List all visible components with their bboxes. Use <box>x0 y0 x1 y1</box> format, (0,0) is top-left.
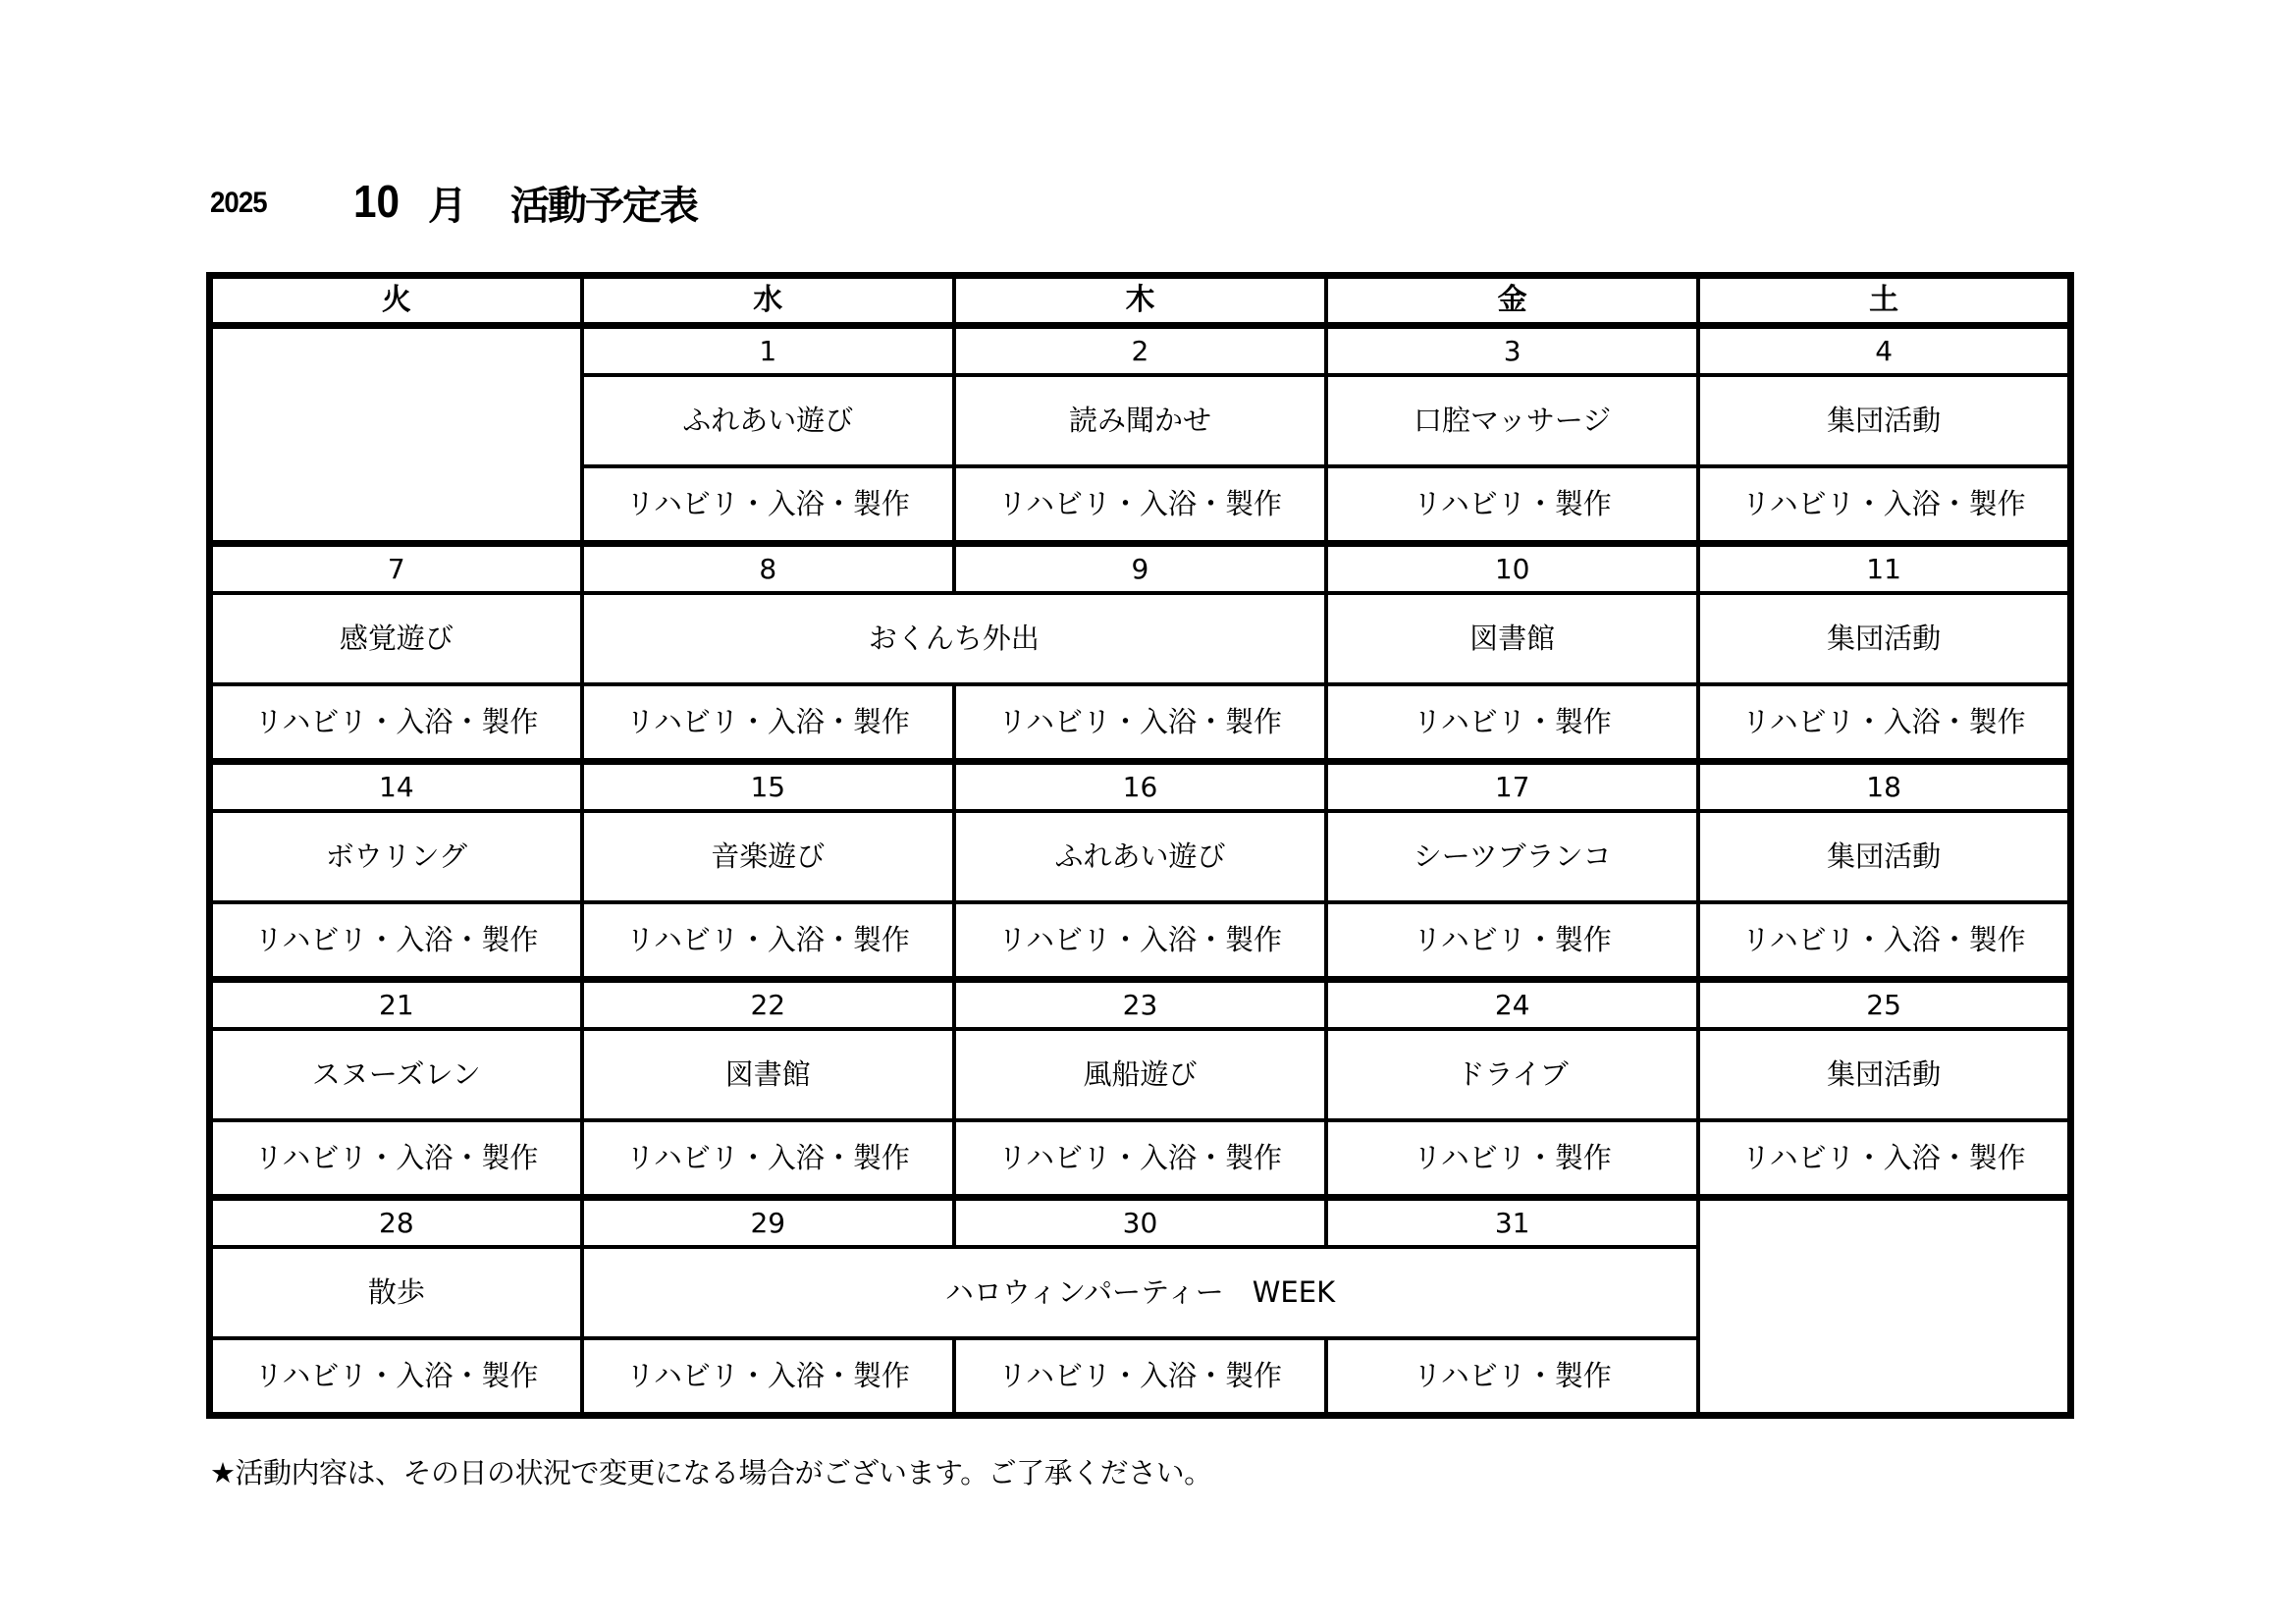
routine-cell: リハビリ・入浴・製作 <box>954 1120 1326 1198</box>
activity-cell: 集団活動 <box>1698 593 2070 684</box>
week-4-routine-row: リハビリ・入浴・製作 リハビリ・入浴・製作 リハビリ・入浴・製作 リハビリ・製作… <box>210 1120 2071 1198</box>
title-month-unit: 月 <box>428 175 467 231</box>
activity-cell: 読み聞かせ <box>954 375 1326 466</box>
routine-cell: リハビリ・入浴・製作 <box>1698 466 2070 544</box>
routine-cell: リハビリ・製作 <box>1326 466 1698 544</box>
activity-cell: 感覚遊び <box>210 593 582 684</box>
title-month-number: 10 <box>353 175 400 228</box>
activity-cell: 集団活動 <box>1698 375 2070 466</box>
page-title: 活動予定表 <box>510 175 697 231</box>
routine-cell: リハビリ・製作 <box>1326 1338 1698 1416</box>
empty-day-cell <box>210 326 582 544</box>
week-3-activity-row: ボウリング 音楽遊び ふれあい遊び シーツブランコ 集団活動 <box>210 811 2071 902</box>
routine-cell: リハビリ・製作 <box>1326 1120 1698 1198</box>
weekday-fri: 金 <box>1326 276 1698 326</box>
routine-cell: リハビリ・入浴・製作 <box>210 1338 582 1416</box>
routine-cell: リハビリ・入浴・製作 <box>1698 902 2070 980</box>
date-cell: 30 <box>954 1198 1326 1248</box>
routine-cell: リハビリ・入浴・製作 <box>954 466 1326 544</box>
routine-cell: リハビリ・入浴・製作 <box>582 1338 954 1416</box>
week-5-date-row: 28 29 30 31 <box>210 1198 2071 1248</box>
date-cell: 1 <box>582 326 954 376</box>
activity-cell: 図書館 <box>1326 593 1698 684</box>
routine-cell: リハビリ・入浴・製作 <box>954 684 1326 762</box>
activity-cell: ドライブ <box>1326 1029 1698 1120</box>
date-cell: 25 <box>1698 980 2070 1030</box>
activity-cell: 音楽遊び <box>582 811 954 902</box>
date-cell: 28 <box>210 1198 582 1248</box>
activity-cell: ふれあい遊び <box>582 375 954 466</box>
activity-cell: 風船遊び <box>954 1029 1326 1120</box>
activity-calendar: 火 水 木 金 土 1 2 3 4 ふれあい遊び 読み聞かせ 口腔マッサージ 集… <box>206 272 2074 1419</box>
date-cell: 31 <box>1326 1198 1698 1248</box>
date-cell: 14 <box>210 762 582 812</box>
routine-cell: リハビリ・入浴・製作 <box>582 466 954 544</box>
routine-cell: リハビリ・入浴・製作 <box>210 684 582 762</box>
date-cell: 18 <box>1698 762 2070 812</box>
routine-cell: リハビリ・入浴・製作 <box>954 1338 1326 1416</box>
activity-cell: ボウリング <box>210 811 582 902</box>
date-cell: 3 <box>1326 326 1698 376</box>
activity-cell: スヌーズレン <box>210 1029 582 1120</box>
activity-cell: 口腔マッサージ <box>1326 375 1698 466</box>
activity-cell: 集団活動 <box>1698 1029 2070 1120</box>
date-cell: 22 <box>582 980 954 1030</box>
routine-cell: リハビリ・入浴・製作 <box>1698 1120 2070 1198</box>
weekday-tue: 火 <box>210 276 582 326</box>
routine-cell: リハビリ・製作 <box>1326 684 1698 762</box>
activity-cell: 集団活動 <box>1698 811 2070 902</box>
activity-cell: シーツブランコ <box>1326 811 1698 902</box>
week-2-date-row: 7 8 9 10 11 <box>210 544 2071 594</box>
empty-day-cell <box>1698 1198 2070 1416</box>
routine-cell: リハビリ・入浴・製作 <box>1698 684 2070 762</box>
date-cell: 23 <box>954 980 1326 1030</box>
activity-cell: 図書館 <box>582 1029 954 1120</box>
date-cell: 29 <box>582 1198 954 1248</box>
date-cell: 16 <box>954 762 1326 812</box>
weekday-thu: 木 <box>954 276 1326 326</box>
week-3-routine-row: リハビリ・入浴・製作 リハビリ・入浴・製作 リハビリ・入浴・製作 リハビリ・製作… <box>210 902 2071 980</box>
date-cell: 17 <box>1326 762 1698 812</box>
weekday-sat: 土 <box>1698 276 2070 326</box>
week-4-date-row: 21 22 23 24 25 <box>210 980 2071 1030</box>
date-cell: 10 <box>1326 544 1698 594</box>
week-1-date-row: 1 2 3 4 <box>210 326 2071 376</box>
title-year: 2025 <box>210 187 267 220</box>
date-cell: 24 <box>1326 980 1698 1030</box>
date-cell: 2 <box>954 326 1326 376</box>
routine-cell: リハビリ・製作 <box>1326 902 1698 980</box>
routine-cell: リハビリ・入浴・製作 <box>582 902 954 980</box>
routine-cell: リハビリ・入浴・製作 <box>582 684 954 762</box>
routine-cell: リハビリ・入浴・製作 <box>210 1120 582 1198</box>
weekday-header-row: 火 水 木 金 土 <box>210 276 2071 326</box>
date-cell: 8 <box>582 544 954 594</box>
week-2-routine-row: リハビリ・入浴・製作 リハビリ・入浴・製作 リハビリ・入浴・製作 リハビリ・製作… <box>210 684 2071 762</box>
merged-activity-cell: おくんち外出 <box>582 593 1326 684</box>
routine-cell: リハビリ・入浴・製作 <box>954 902 1326 980</box>
date-cell: 4 <box>1698 326 2070 376</box>
footnote: ★活動内容は、その日の状況で変更になる場合がございます。ご了承ください。 <box>210 1451 1212 1491</box>
merged-activity-cell: ハロウィンパーティー WEEK <box>582 1247 1699 1338</box>
activity-cell: ふれあい遊び <box>954 811 1326 902</box>
routine-cell: リハビリ・入浴・製作 <box>210 902 582 980</box>
date-cell: 21 <box>210 980 582 1030</box>
week-2-activity-row: 感覚遊び おくんち外出 図書館 集団活動 <box>210 593 2071 684</box>
week-3-date-row: 14 15 16 17 18 <box>210 762 2071 812</box>
date-cell: 7 <box>210 544 582 594</box>
routine-cell: リハビリ・入浴・製作 <box>582 1120 954 1198</box>
weekday-wed: 水 <box>582 276 954 326</box>
date-cell: 9 <box>954 544 1326 594</box>
date-cell: 15 <box>582 762 954 812</box>
activity-cell: 散歩 <box>210 1247 582 1338</box>
week-4-activity-row: スヌーズレン 図書館 風船遊び ドライブ 集団活動 <box>210 1029 2071 1120</box>
date-cell: 11 <box>1698 544 2070 594</box>
